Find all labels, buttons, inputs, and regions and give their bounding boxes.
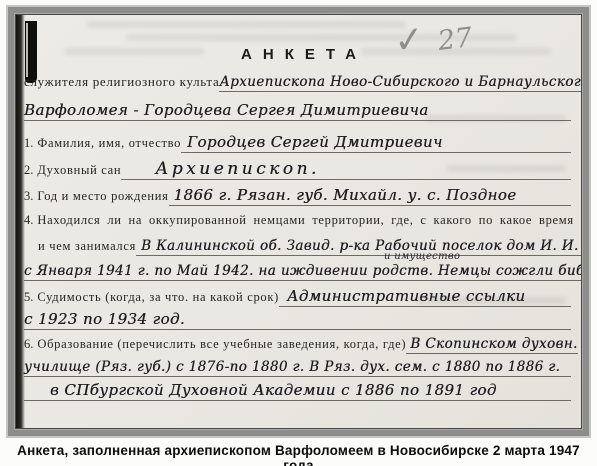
field-row-occupied-territory-2: и чем занимался В Калининской об. Завид.… [24, 237, 571, 256]
intro-value-1: Архиепископа Ново-Сибирского и Барнаульс… [219, 74, 582, 90]
field-number: 6. [24, 337, 37, 352]
field-number: 3. [24, 189, 37, 204]
field-row-convictions-2: с 1923 по 1934 год. [24, 310, 571, 330]
field-number: 2. [24, 163, 37, 178]
book-page: ✓ 27 АНКЕТА служителя религиозного культ… [0, 0, 597, 466]
field-value: В Скопинском духовн. [410, 336, 577, 352]
field-row-birth: 3. Год и место рождения 1866 г. Рязан. г… [24, 186, 571, 206]
intro-row-2: Варфоломея - Городцева Сергея Димитриеви… [24, 101, 571, 121]
field-value: 1866 г. Рязан. губ. Михайл. у. с. Поздно… [174, 186, 517, 204]
field-row-surname: 1. Фамилия, имя, отчество Городцев Серге… [24, 133, 571, 153]
field-value-continued: с Января 1941 г. по Май 1942. на иждивен… [24, 263, 582, 279]
field-label: Духовный сан [37, 163, 121, 178]
field-value-continued-2: в СПбургской Духовной Академии с 1886 по… [50, 381, 497, 399]
field-label: Фамилия, имя, отчество [37, 136, 181, 151]
field-value: Административные ссылки [287, 287, 525, 305]
field-value: В Калининской об. Завид. р-ка Рабочий по… [141, 238, 582, 254]
field-row-education-2: училище (Ряз. губ.) с 1876-по 1880 г. В … [24, 358, 571, 377]
intro-label: служителя религиозного культа [24, 74, 219, 90]
field-row-education-3: в СПбургской Духовной Академии с 1886 по… [24, 381, 571, 401]
field-value: Архиепископ. [155, 159, 320, 179]
field-number: 1. [24, 136, 37, 151]
questionnaire-paper: ✓ 27 АНКЕТА служителя религиозного культ… [15, 14, 582, 429]
bleedthrough-line [86, 21, 406, 28]
field-label-continued: и чем занимался [38, 239, 136, 254]
field-value-continued: училище (Ряз. губ.) с 1876-по 1880 г. В … [24, 359, 560, 375]
scanned-document-photo: ✓ 27 АНКЕТА служителя религиозного культ… [6, 5, 591, 438]
field-row-education: 6. Образование (перечислить все учебные … [24, 335, 571, 354]
field-number: 4. [24, 213, 37, 228]
field-value: Городцев Сергей Дмитриевич [187, 133, 443, 151]
document-title: АНКЕТА [16, 46, 581, 63]
intro-row: служителя религиозного культа Архиеписко… [24, 73, 571, 92]
intro-value-2: Варфоломея - Городцева Сергея Димитриеви… [24, 101, 429, 119]
field-row-rank: 2. Духовный сан Архиепископ. [24, 159, 571, 180]
field-label: Судимость (когда, за что. на какой срок) [37, 290, 279, 305]
field-row-occupied-territory-3: с Января 1941 г. по Май 1942. на иждивен… [24, 262, 571, 281]
field-value-insertion: и имущество [384, 251, 460, 262]
field-value-continued: с 1923 по 1934 год. [24, 310, 185, 328]
field-number: 5. [24, 290, 37, 305]
field-label: Год и место рождения [37, 189, 168, 204]
field-label: Находился ли на оккупированной немцами т… [37, 213, 574, 228]
figure-caption: Анкета, заполненная архиепископом Варфол… [0, 443, 597, 466]
field-row-occupied-territory: 4. Находился ли на оккупированной немцам… [24, 213, 571, 228]
field-label: Образование (перечислить все учебные зав… [37, 337, 406, 352]
field-row-convictions: 5. Судимость (когда, за что. на какой ср… [24, 287, 571, 307]
